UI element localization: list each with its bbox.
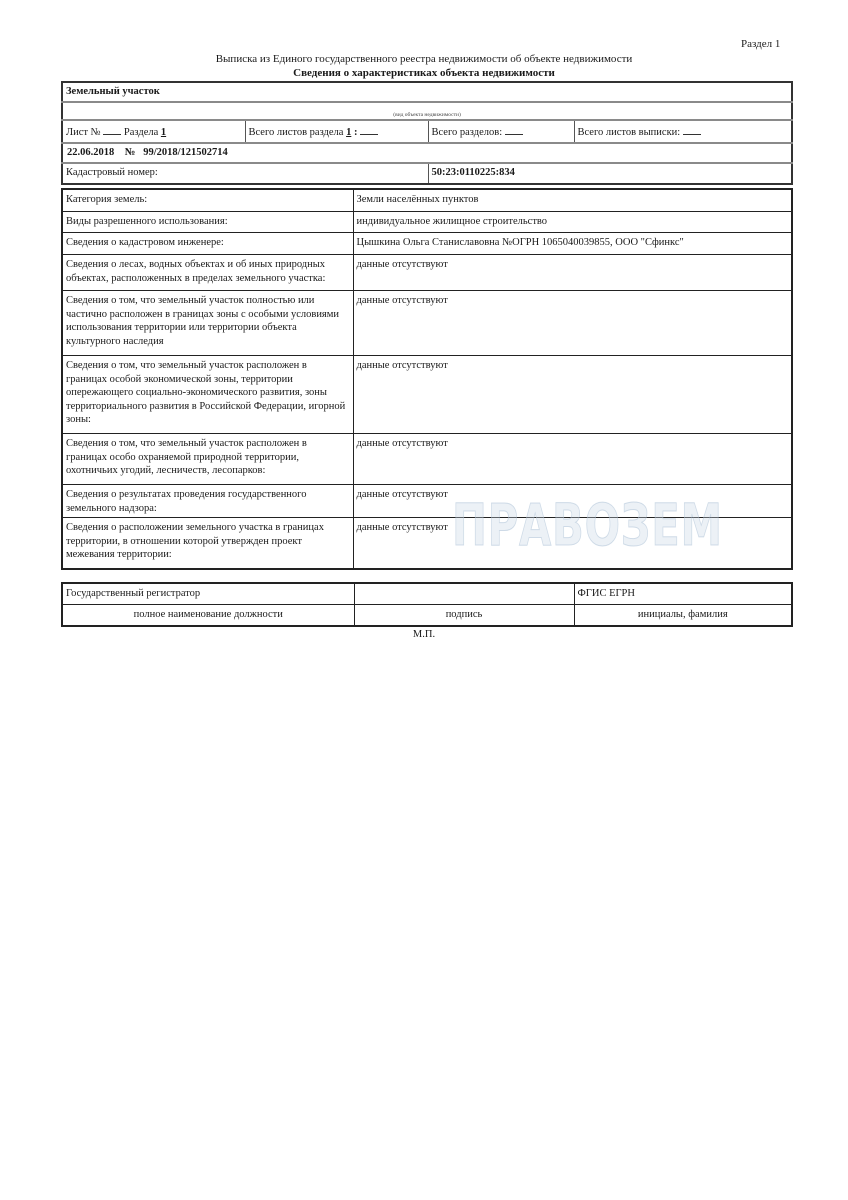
characteristic-row: Сведения о лесах, водных объектах и об и…	[62, 255, 792, 291]
stamp-place: М.П.	[0, 629, 848, 640]
characteristic-row: Сведения о расположении земельного участ…	[62, 518, 792, 570]
total-extract-sheets-cell: Всего листов выписки:	[574, 120, 792, 143]
signature-table: Государственный регистратор ФГИС ЕГРН по…	[61, 582, 793, 627]
total-sheets-section-label: Всего листов раздела	[249, 127, 344, 138]
number-sign: №	[125, 147, 136, 158]
characteristic-value: данные отсутствуют	[353, 291, 792, 356]
registrar-name: ФГИС ЕГРН	[574, 583, 792, 605]
characteristic-row: Категория земель:Земли населённых пункто…	[62, 189, 792, 212]
extract-date: 22.06.2018	[67, 147, 114, 158]
total-sections-label: Всего разделов:	[432, 127, 503, 138]
characteristic-value: Земли населённых пунктов	[353, 189, 792, 212]
characteristic-label: Сведения о кадастровом инженере:	[62, 233, 353, 255]
characteristic-row: Сведения о результатах проведения госуда…	[62, 485, 792, 518]
characteristic-value: Цышкина Ольга Станиславовна №ОГРН 106504…	[353, 233, 792, 255]
name-caption: инициалы, фамилия	[574, 605, 792, 627]
characteristic-row: Сведения о том, что земельный участок ра…	[62, 434, 792, 485]
registrar-position: Государственный регистратор	[62, 583, 354, 605]
total-extract-sheets-blank	[683, 124, 701, 135]
total-sections-cell: Всего разделов:	[428, 120, 574, 143]
object-header-table: Земельный участок (вид объекта недвижимо…	[61, 81, 793, 185]
characteristic-label: Сведения о результатах проведения госуда…	[62, 485, 353, 518]
section-of-label: Раздела	[124, 127, 158, 138]
sheet-number-cell: Лист № Раздела 1	[62, 120, 245, 143]
characteristic-label: Виды разрешенного использования:	[62, 212, 353, 233]
characteristics-table: Категория земель:Земли населённых пункто…	[61, 188, 793, 570]
cadastral-label: Кадастровый номер:	[62, 163, 428, 184]
characteristic-label: Сведения о расположении земельного участ…	[62, 518, 353, 570]
total-sheets-section-cell: Всего листов раздела 1 :	[245, 120, 428, 143]
characteristic-label: Сведения о том, что земельный участок по…	[62, 291, 353, 356]
total-sheets-section-blank	[360, 124, 378, 135]
date-number-cell: 22.06.2018 № 99/2018/121502714	[62, 143, 792, 163]
total-sections-blank	[505, 124, 523, 135]
characteristic-value: данные отсутствуют	[353, 356, 792, 434]
total-extract-sheets-label: Всего листов выписки:	[578, 127, 681, 138]
characteristic-value: данные отсутствуют	[353, 255, 792, 291]
position-caption: полное наименование должности	[62, 605, 354, 627]
characteristic-row: Сведения о том, что земельный участок по…	[62, 291, 792, 356]
characteristic-value: данные отсутствуют	[353, 485, 792, 518]
extract-number: 99/2018/121502714	[143, 147, 228, 158]
cadastral-number: 50:23:0110225:834	[428, 163, 792, 184]
document-title: Выписка из Единого государственного реес…	[0, 53, 848, 65]
characteristic-label: Сведения о том, что земельный участок ра…	[62, 356, 353, 434]
sheet-number-blank	[103, 124, 121, 135]
sheet-number-label: Лист №	[66, 127, 101, 138]
characteristic-label: Категория земель:	[62, 189, 353, 212]
characteristic-label: Сведения о лесах, водных объектах и об и…	[62, 255, 353, 291]
section-label: Раздел 1	[741, 38, 780, 50]
characteristic-value: данные отсутствуют	[353, 434, 792, 485]
object-type: Земельный участок	[62, 82, 792, 102]
characteristic-label: Сведения о том, что земельный участок ра…	[62, 434, 353, 485]
document-subtitle: Сведения о характеристиках объекта недви…	[0, 67, 848, 79]
characteristic-value: данные отсутствуют	[353, 518, 792, 570]
object-type-caption: (вид объекта недвижимости)	[62, 102, 792, 120]
characteristic-value: индивидуальное жилищное строительство	[353, 212, 792, 233]
section-of-value: 1	[161, 127, 166, 138]
characteristic-row: Сведения о том, что земельный участок ра…	[62, 356, 792, 434]
registrar-signature	[354, 583, 574, 605]
signature-caption: подпись	[354, 605, 574, 627]
characteristic-row: Сведения о кадастровом инженере:Цышкина …	[62, 233, 792, 255]
characteristic-row: Виды разрешенного использования:индивиду…	[62, 212, 792, 233]
